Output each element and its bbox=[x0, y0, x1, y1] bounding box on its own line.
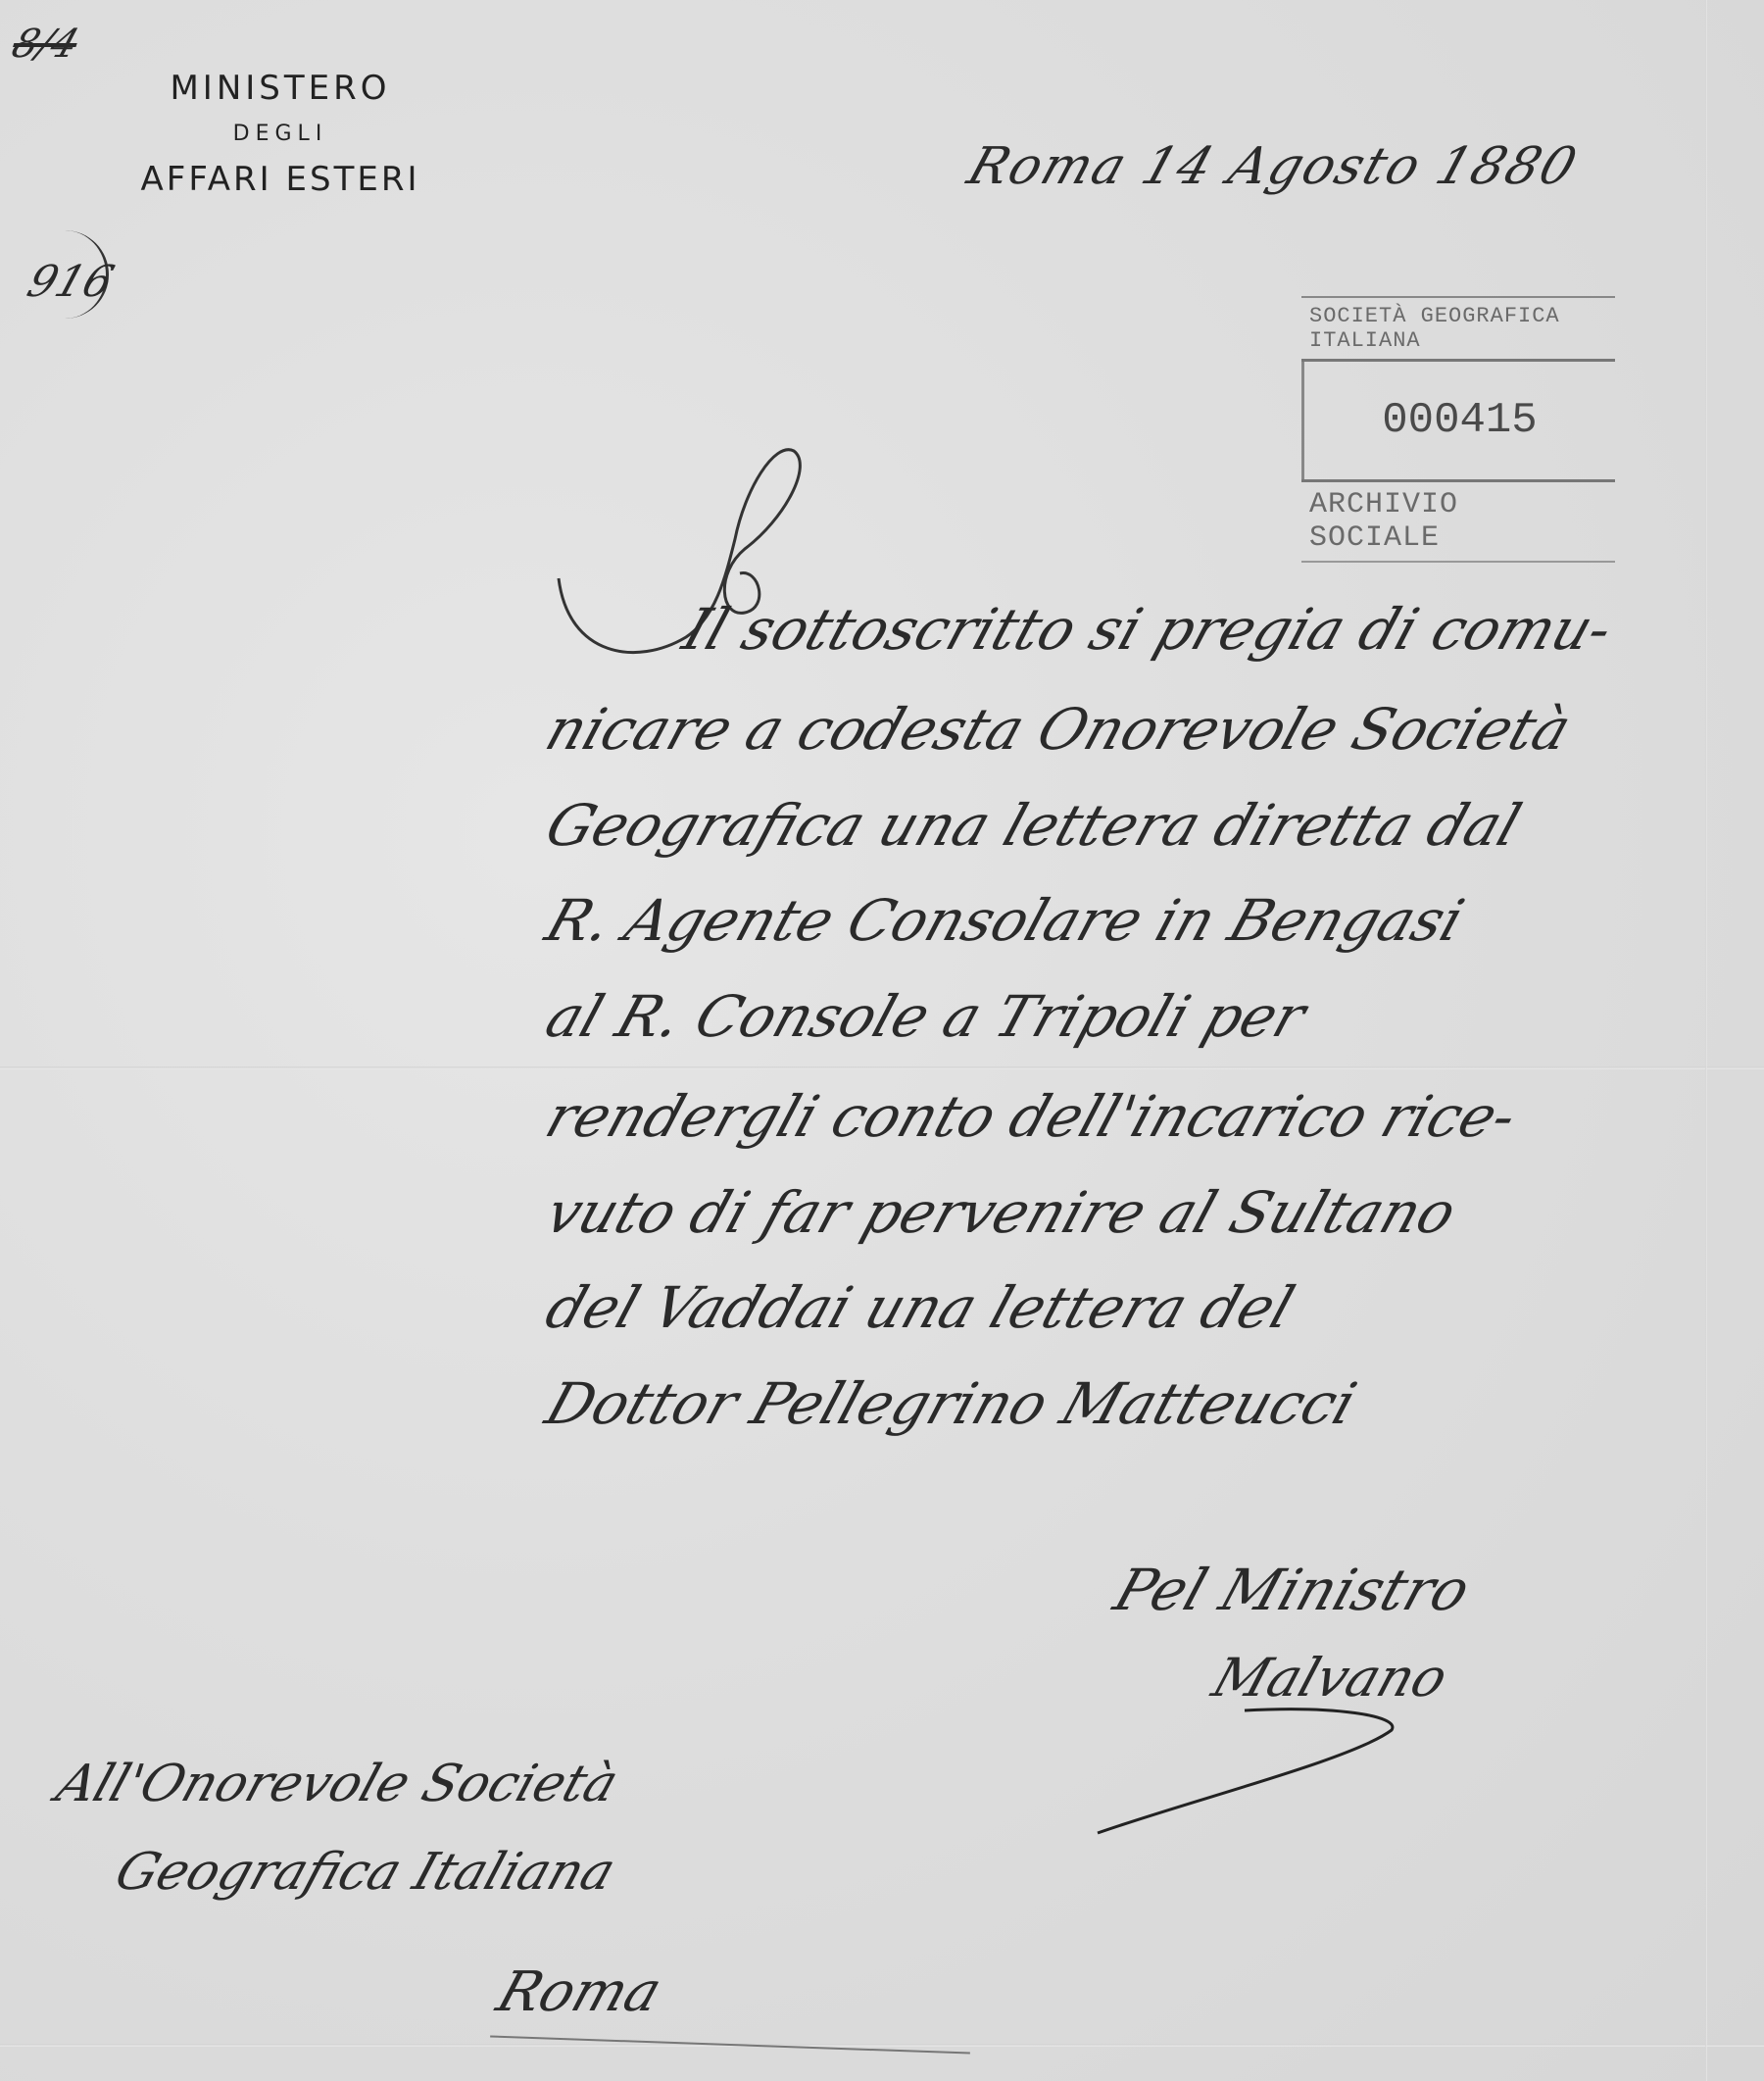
closing-line: Pel Ministro bbox=[1106, 1557, 1478, 1623]
circled-number: 916 bbox=[22, 257, 121, 307]
letterhead-line-3: AFFARI ESTERI bbox=[94, 160, 466, 199]
body-line: al R. Console a Tripoli per bbox=[538, 983, 1314, 1050]
archive-stamp: SOCIETÀ GEOGRAFICA ITALIANA 000415 ARCHI… bbox=[1301, 296, 1615, 521]
fold-crease bbox=[0, 2044, 1764, 2047]
letterhead: MINISTERO DEGLI AFFARI ESTERI bbox=[94, 69, 466, 199]
letter-page: 8/4 916 MINISTERO DEGLI AFFARI ESTERI Ro… bbox=[0, 0, 1764, 2081]
body-line: Geografica una lettera diretta dal bbox=[538, 792, 1529, 859]
dateline: Roma 14 Agosto 1880 bbox=[960, 137, 1585, 196]
fold-crease bbox=[1705, 0, 1707, 2081]
body-line: R. Agente Consolare in Bengasi bbox=[538, 887, 1472, 954]
struck-marginal-note: 8/4 bbox=[7, 22, 84, 67]
body-line: del Vaddai una lettera del bbox=[538, 1274, 1302, 1341]
body-line: rendergli conto dell'incarico rice- bbox=[538, 1083, 1525, 1150]
fold-crease bbox=[0, 1066, 1764, 1069]
body-line: Il sottoscritto si pregia di comu- bbox=[675, 596, 1621, 663]
address-line-2: Geografica Italiana bbox=[108, 1843, 622, 1902]
stamp-society: SOCIETÀ GEOGRAFICA ITALIANA bbox=[1301, 296, 1615, 362]
address-line-1: All'Onorevole Società bbox=[49, 1755, 625, 1813]
body-line: vuto di far pervenire al Sultano bbox=[538, 1179, 1464, 1246]
stamp-archive: ARCHIVIO SOCIALE bbox=[1301, 479, 1615, 563]
letterhead-line-2: DEGLI bbox=[94, 122, 466, 146]
letterhead-line-1: MINISTERO bbox=[94, 69, 466, 108]
stamp-number: 000415 bbox=[1301, 362, 1615, 479]
body-line: nicare a codesta Onorevole Società bbox=[538, 696, 1579, 763]
signature-flourish-icon bbox=[1078, 1661, 1490, 1838]
address-line-3: Roma bbox=[489, 1960, 668, 2024]
body-line: Dottor Pellegrino Matteucci bbox=[538, 1370, 1364, 1437]
